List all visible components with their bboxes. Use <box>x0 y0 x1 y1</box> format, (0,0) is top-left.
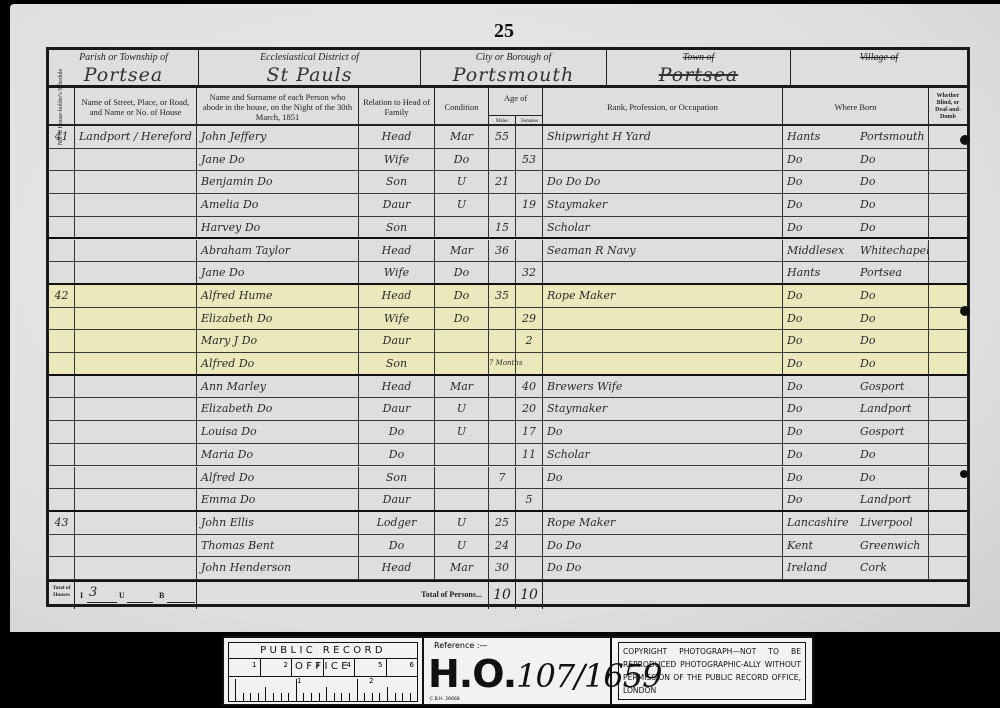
born-county-cell: Kent <box>783 535 856 557</box>
age-female-cell <box>516 467 543 489</box>
houses-total-label: Total of Houses <box>49 582 75 609</box>
born-county-cell: Do <box>783 194 856 216</box>
census-row: Emma DoDaur5DoLandport <box>49 489 967 512</box>
ruler-tick <box>265 687 266 701</box>
header-relation: Relation to Head of Family <box>359 88 435 126</box>
ruler-tick <box>357 679 358 701</box>
header-age: Age of Males Females <box>489 88 543 126</box>
census-row: 41Landport / Hereford StJohn JefferyHead… <box>49 126 967 149</box>
occupation-cell: Do <box>543 467 783 489</box>
header-condition: Condition <box>435 88 489 126</box>
born-county-cell: Hants <box>783 126 856 148</box>
born-place-cell: Landport <box>856 489 929 510</box>
schedule-cell <box>49 557 75 579</box>
header-where-born: Where Born <box>783 88 929 126</box>
schedule-cell: 43 <box>49 512 75 534</box>
born-county-cell: Do <box>783 149 856 171</box>
schedule-cell <box>49 149 75 171</box>
born-county-cell: Lancashire <box>783 512 856 534</box>
street-cell <box>75 444 197 466</box>
relation-cell: Daur <box>359 330 435 352</box>
schedule-cell <box>49 330 75 352</box>
name-cell: Alfred Do <box>197 353 359 374</box>
occupation-cell: Staymaker <box>543 398 783 420</box>
ruler-tick <box>319 693 320 701</box>
relation-cell: Wife <box>359 308 435 330</box>
name-cell: Benjamin Do <box>197 171 359 193</box>
uninhabited-prefix: U <box>119 591 125 600</box>
ruler-tick <box>349 693 350 701</box>
age-female-cell: 5 <box>516 489 543 510</box>
reference-label: Reference :— <box>434 641 488 650</box>
born-place-cell: Do <box>856 330 929 352</box>
born-county-cell: Do <box>783 467 856 489</box>
schedule-cell <box>49 194 75 216</box>
age-female-cell: 32 <box>516 262 543 283</box>
name-cell: Amelia Do <box>197 194 359 216</box>
name-cell: Emma Do <box>197 489 359 510</box>
census-row: Harvey DoSon15ScholarDoDo <box>49 217 967 240</box>
town-value: Portsea <box>607 64 790 86</box>
occupation-cell <box>543 262 783 283</box>
ruler-tick <box>326 687 327 701</box>
name-cell: Thomas Bent <box>197 535 359 557</box>
age-female-cell <box>516 285 543 307</box>
ruler-mark: 6 <box>387 659 418 676</box>
occupation-cell: Do Do <box>543 557 783 579</box>
occupation-cell: Brewers Wife <box>543 376 783 398</box>
born-place-cell: Do <box>856 217 929 238</box>
born-county-cell: Do <box>783 171 856 193</box>
name-cell: Alfred Do <box>197 467 359 489</box>
building-line <box>167 602 195 603</box>
born-place-cell: Do <box>856 444 929 466</box>
column-headers: No. of House-holder's Schedule Name of S… <box>49 88 967 126</box>
census-row: 42Alfred HumeHeadDo35Rope MakerDoDo <box>49 285 967 308</box>
born-place-cell: Liverpool <box>856 512 929 534</box>
occupation-cell <box>543 353 783 374</box>
blind-cell <box>929 240 967 262</box>
age-female-cell: 11 <box>516 444 543 466</box>
census-row: Amelia DoDaurU19StaymakerDoDo <box>49 194 967 217</box>
age-female-cell <box>516 240 543 262</box>
born-place-cell: Greenwich <box>856 535 929 557</box>
census-row: Abraham TaylorHeadMar36Seaman R NavyMidd… <box>49 240 967 263</box>
census-row: Elizabeth DoDaurU20StaymakerDoLandport <box>49 398 967 421</box>
occupation-cell <box>543 330 783 352</box>
blind-cell <box>929 398 967 420</box>
age-male-cell: 24 <box>489 535 516 557</box>
ecclesiastical-label: Ecclesiastical District of <box>199 52 420 63</box>
street-cell <box>75 171 197 193</box>
ruler-mark: 1 <box>229 659 261 676</box>
total-males: 10 <box>489 582 516 609</box>
reference-code: C.B.H. 26668 <box>430 697 460 702</box>
city-label: City or Borough of <box>421 52 606 63</box>
street-cell <box>75 285 197 307</box>
occupation-cell: Rope Maker <box>543 285 783 307</box>
age-female-cell <box>516 126 543 148</box>
relation-cell: Son <box>359 467 435 489</box>
street-cell <box>75 467 197 489</box>
condition-cell: Do <box>435 308 489 330</box>
age-male-cell <box>489 444 516 466</box>
relation-cell: Head <box>359 557 435 579</box>
ruler-tick <box>243 693 244 701</box>
binding-hole <box>960 135 970 145</box>
village-label: Village of <box>791 52 967 63</box>
age-female-cell <box>516 353 543 374</box>
ruler-tick <box>379 693 380 701</box>
schedule-cell <box>49 489 75 510</box>
occupation-cell: Do Do Do <box>543 171 783 193</box>
street-cell <box>75 398 197 420</box>
born-county-cell: Do <box>783 489 856 510</box>
ruler-tick <box>387 687 388 701</box>
street-cell <box>75 262 197 283</box>
condition-cell <box>435 330 489 352</box>
relation-cell: Daur <box>359 398 435 420</box>
schedule-cell <box>49 421 75 443</box>
parish-label: Parish or Township of <box>49 52 198 63</box>
ruler-mark: 5 <box>355 659 387 676</box>
condition-cell <box>435 217 489 238</box>
street-cell <box>75 535 197 557</box>
condition-cell: U <box>435 398 489 420</box>
schedule-cell <box>49 353 75 374</box>
ruler-top: 1 2 3 4 5 6 <box>229 659 417 677</box>
blind-cell <box>929 557 967 579</box>
schedule-cell <box>49 171 75 193</box>
condition-cell <box>435 489 489 510</box>
header-occupation: Rank, Profession, or Occupation <box>543 88 783 126</box>
pro-ruler-block: PUBLIC RECORD OFFICE 1 2 3 4 5 6 1 2 <box>228 642 418 702</box>
name-cell: Maria Do <box>197 444 359 466</box>
ruler-tick <box>296 679 297 701</box>
relation-cell: Daur <box>359 489 435 510</box>
age-female-cell <box>516 557 543 579</box>
condition-cell: Do <box>435 262 489 283</box>
ruler-tick <box>250 693 251 701</box>
ruler-mark: 2 <box>261 659 293 676</box>
name-cell: Elizabeth Do <box>197 398 359 420</box>
name-cell: Jane Do <box>197 149 359 171</box>
condition-cell <box>435 467 489 489</box>
street-cell <box>75 149 197 171</box>
totals-blank <box>543 582 967 609</box>
street-cell <box>75 217 197 238</box>
ecclesiastical-value: St Pauls <box>199 64 420 86</box>
condition-cell: U <box>435 421 489 443</box>
born-place-cell: Do <box>856 149 929 171</box>
age-male-cell: 55 <box>489 126 516 148</box>
census-row: Maria DoDo11ScholarDoDo <box>49 444 967 467</box>
age-male-cell: 25 <box>489 512 516 534</box>
public-record-office-stamp: PUBLIC RECORD OFFICE 1 2 3 4 5 6 1 2 Ref… <box>222 636 814 706</box>
reference-prefix: H.O. <box>428 652 516 696</box>
district-header: Parish or Township of Portsea Ecclesiast… <box>49 50 967 88</box>
street-cell <box>75 353 197 374</box>
schedule-cell <box>49 308 75 330</box>
census-row: Alfred DoSon7DoDoDo <box>49 467 967 490</box>
name-cell: Abraham Taylor <box>197 240 359 262</box>
condition-cell: U <box>435 194 489 216</box>
relation-cell: Lodger <box>359 512 435 534</box>
born-county-cell: Do <box>783 217 856 238</box>
census-row: Thomas BentDoU24Do DoKentGreenwich <box>49 535 967 558</box>
street-cell: Landport / Hereford St <box>75 126 197 148</box>
age-female-cell: 29 <box>516 308 543 330</box>
born-county-cell: Do <box>783 330 856 352</box>
header-schedule: No. of House-holder's Schedule <box>49 88 75 126</box>
ruler-tick <box>410 693 411 701</box>
blind-cell <box>929 444 967 466</box>
born-county-cell: Do <box>783 398 856 420</box>
born-place-cell: Do <box>856 353 929 374</box>
age-male-cell <box>489 489 516 510</box>
name-cell: John Henderson <box>197 557 359 579</box>
inhabited-prefix: I <box>80 591 83 600</box>
condition-cell: U <box>435 512 489 534</box>
totals-row: Total of Houses I 3 U B Total of Persons… <box>49 580 967 607</box>
condition-cell: U <box>435 535 489 557</box>
name-cell: Alfred Hume <box>197 285 359 307</box>
binding-hole <box>960 306 970 316</box>
relation-cell: Head <box>359 240 435 262</box>
born-place-cell: Portsea <box>856 262 929 283</box>
occupation-cell: Do Do <box>543 535 783 557</box>
ruler-tick <box>258 693 259 701</box>
name-cell: Harvey Do <box>197 217 359 238</box>
ruler-tick <box>288 693 289 701</box>
born-county-cell: Do <box>783 376 856 398</box>
blind-cell <box>929 489 967 510</box>
born-county-cell: Ireland <box>783 557 856 579</box>
relation-cell: Son <box>359 171 435 193</box>
ruler-tick <box>334 693 335 701</box>
relation-cell: Son <box>359 217 435 238</box>
occupation-cell <box>543 489 783 510</box>
age-male-cell <box>489 149 516 171</box>
houses-total: I 3 U B <box>75 582 197 609</box>
occupation-cell: Staymaker <box>543 194 783 216</box>
ruler-mark: 3 <box>292 659 324 676</box>
pro-title: PUBLIC RECORD OFFICE <box>229 643 417 659</box>
header-name: Name and Surname of each Person who abod… <box>197 88 359 126</box>
village-field: Village of <box>791 50 967 88</box>
age-male-cell: 15 <box>489 217 516 238</box>
name-cell: Ann Marley <box>197 376 359 398</box>
street-cell <box>75 194 197 216</box>
ruler-tick <box>402 693 403 701</box>
born-place-cell: Gosport <box>856 421 929 443</box>
age-female-cell <box>516 535 543 557</box>
census-form: Parish or Township of Portsea Ecclesiast… <box>46 47 970 607</box>
condition-cell: Mar <box>435 557 489 579</box>
name-cell: Louisa Do <box>197 421 359 443</box>
condition-cell: U <box>435 171 489 193</box>
street-cell <box>75 330 197 352</box>
name-cell: Jane Do <box>197 262 359 283</box>
blind-cell <box>929 194 967 216</box>
schedule-cell: 42 <box>49 285 75 307</box>
ruler-tick <box>303 693 304 701</box>
census-row: Jane DoWifeDo32HantsPortsea <box>49 262 967 285</box>
schedule-cell <box>49 467 75 489</box>
born-place-cell: Portsmouth <box>856 126 929 148</box>
age-male-cell: 30 <box>489 557 516 579</box>
born-county-cell: Hants <box>783 262 856 283</box>
ruler-tick <box>311 693 312 701</box>
inhabited-line <box>87 602 117 603</box>
ruler-inch-label: 2 <box>369 677 373 685</box>
occupation-cell: Shipwright H Yard <box>543 126 783 148</box>
ruler-tick <box>341 693 342 701</box>
building-prefix: B <box>159 591 164 600</box>
schedule-cell: 41 <box>49 126 75 148</box>
age-male-cell: 7 Months <box>489 353 516 374</box>
parish-value: Portsea <box>49 64 198 86</box>
condition-cell: Do <box>435 149 489 171</box>
ruler-tick <box>273 693 274 701</box>
schedule-cell <box>49 398 75 420</box>
relation-cell: Head <box>359 285 435 307</box>
city-value: Portsmouth <box>421 64 606 86</box>
age-male-cell: 7 <box>489 467 516 489</box>
condition-cell: Mar <box>435 126 489 148</box>
street-cell <box>75 512 197 534</box>
header-street: Name of Street, Place, or Road, and Name… <box>75 88 197 126</box>
parish-field: Parish or Township of Portsea <box>49 50 199 88</box>
street-cell <box>75 376 197 398</box>
age-female-cell <box>516 512 543 534</box>
ruler-tick <box>395 693 396 701</box>
header-age-text: Age of <box>504 93 527 103</box>
age-male-cell: 35 <box>489 285 516 307</box>
born-place-cell: Do <box>856 308 929 330</box>
census-row: Mary J DoDaur2DoDo <box>49 330 967 353</box>
born-county-cell: Middlesex <box>783 240 856 262</box>
persons-total-label-cell: Total of Persons... <box>197 582 489 609</box>
born-place-cell: Whitechapel <box>856 240 929 262</box>
schedule-cell <box>49 262 75 283</box>
blind-cell <box>929 171 967 193</box>
name-cell: Mary J Do <box>197 330 359 352</box>
relation-cell: Head <box>359 126 435 148</box>
relation-cell: Wife <box>359 262 435 283</box>
schedule-cell <box>49 444 75 466</box>
age-female-cell <box>516 171 543 193</box>
town-field: Town of Portsea <box>607 50 791 88</box>
census-row: Alfred DoSon7 MonthsDoDo <box>49 353 967 376</box>
occupation-cell: Scholar <box>543 444 783 466</box>
name-cell: Elizabeth Do <box>197 308 359 330</box>
age-female-cell: 53 <box>516 149 543 171</box>
occupation-cell: Rope Maker <box>543 512 783 534</box>
blind-cell <box>929 512 967 534</box>
age-female-cell: 40 <box>516 376 543 398</box>
born-place-cell: Landport <box>856 398 929 420</box>
street-cell <box>75 308 197 330</box>
born-place-cell: Do <box>856 285 929 307</box>
ruler-tick <box>372 693 373 701</box>
header-age-males: Males <box>489 115 516 126</box>
age-male-cell <box>489 330 516 352</box>
ruler-bottom: 1 2 <box>229 677 417 701</box>
schedule-cell <box>49 376 75 398</box>
schedule-cell <box>49 535 75 557</box>
blind-cell <box>929 149 967 171</box>
born-county-cell: Do <box>783 353 856 374</box>
census-row: 43John EllisLodgerU25Rope MakerLancashir… <box>49 512 967 535</box>
reference-block: Reference :— H.O.107/1659 C.B.H. 26668 <box>422 638 612 704</box>
age-female-cell: 17 <box>516 421 543 443</box>
census-row: Elizabeth DoWifeDo29DoDo <box>49 308 967 331</box>
occupation-cell: Do <box>543 421 783 443</box>
blind-cell <box>929 262 967 283</box>
born-county-cell: Do <box>783 285 856 307</box>
census-row: Ann MarleyHeadMar40Brewers WifeDoGosport <box>49 376 967 399</box>
occupation-cell <box>543 308 783 330</box>
inhabited-count: 3 <box>89 585 97 600</box>
street-cell <box>75 240 197 262</box>
born-county-cell: Do <box>783 308 856 330</box>
condition-cell: Mar <box>435 240 489 262</box>
blind-cell <box>929 217 967 238</box>
name-cell: John Jeffery <box>197 126 359 148</box>
header-blind: Whether Blind, or Deaf-and-Dumb <box>929 88 967 126</box>
schedule-cell <box>49 217 75 238</box>
census-row: Louisa DoDoU17DoDoGosport <box>49 421 967 444</box>
street-cell <box>75 489 197 510</box>
age-female-cell <box>516 217 543 238</box>
age-male-cell <box>489 308 516 330</box>
age-female-cell: 20 <box>516 398 543 420</box>
born-place-cell: Do <box>856 467 929 489</box>
binding-hole <box>960 470 968 478</box>
town-label: Town of <box>607 52 790 63</box>
age-male-cell <box>489 398 516 420</box>
condition-cell <box>435 444 489 466</box>
age-male-cell: 21 <box>489 171 516 193</box>
blind-cell <box>929 535 967 557</box>
census-row: Jane DoWifeDo53DoDo <box>49 149 967 172</box>
born-place-cell: Do <box>856 194 929 216</box>
copyright-notice: COPYRIGHT PHOTOGRAPH—NOT TO BE REPRODUCE… <box>618 642 806 700</box>
blind-cell <box>929 421 967 443</box>
condition-cell: Mar <box>435 376 489 398</box>
condition-cell <box>435 353 489 374</box>
ruler-tick <box>281 693 282 701</box>
schedule-cell <box>49 240 75 262</box>
street-cell <box>75 421 197 443</box>
relation-cell: Son <box>359 353 435 374</box>
blind-cell <box>929 353 967 374</box>
ruler-inch-label: 1 <box>297 677 301 685</box>
occupation-cell <box>543 149 783 171</box>
born-county-cell: Do <box>783 421 856 443</box>
page-number: 25 <box>494 20 514 43</box>
relation-cell: Do <box>359 421 435 443</box>
born-place-cell: Do <box>856 171 929 193</box>
blind-cell <box>929 330 967 352</box>
relation-cell: Daur <box>359 194 435 216</box>
ecclesiastical-field: Ecclesiastical District of St Pauls <box>199 50 421 88</box>
relation-cell: Head <box>359 376 435 398</box>
age-female-cell: 2 <box>516 330 543 352</box>
ruler-tick <box>364 693 365 701</box>
census-row: Benjamin DoSonU21Do Do DoDoDo <box>49 171 967 194</box>
